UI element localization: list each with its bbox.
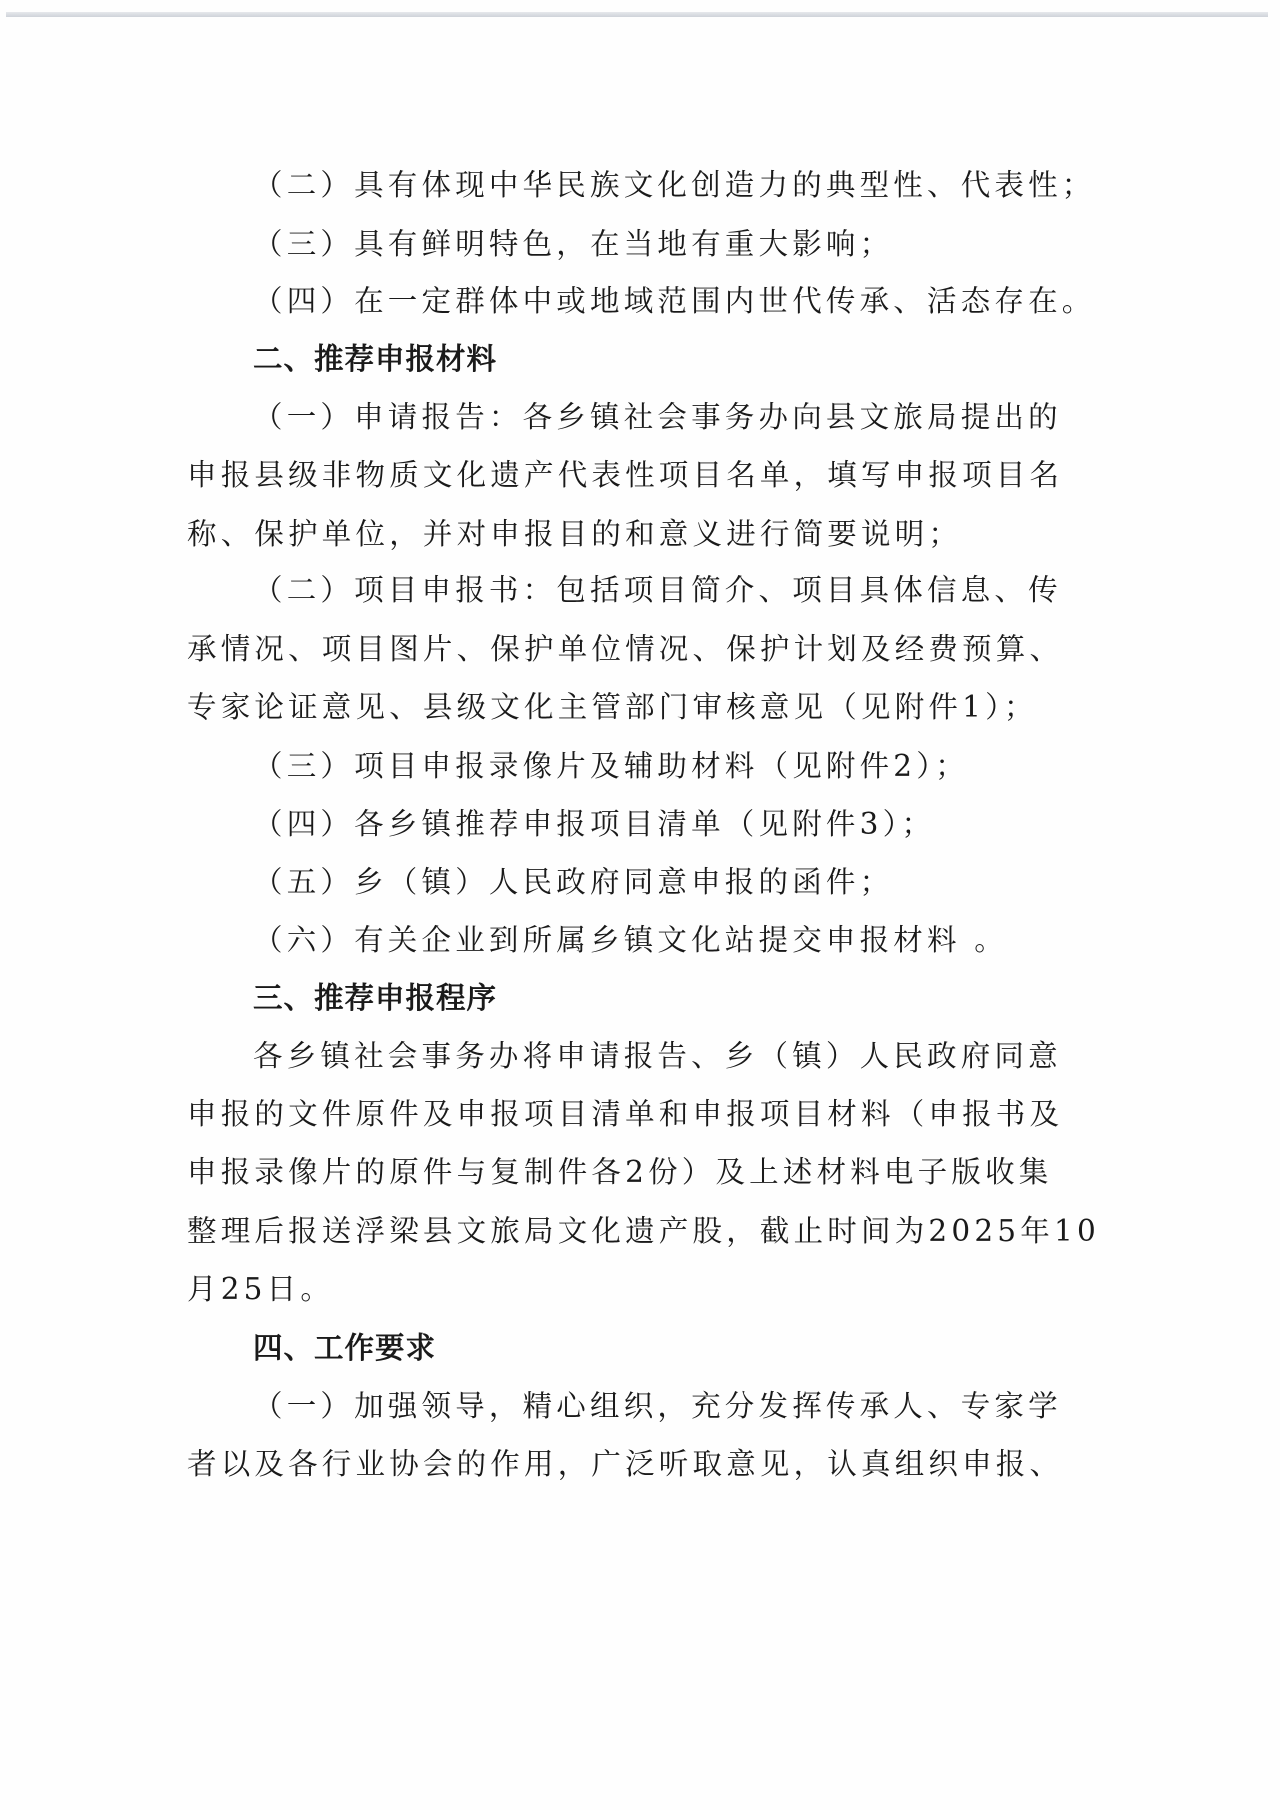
doc-line-procedure-cont-b: 申报录像片的原件与复制件各2份）及上述材料电子版收集 [187,1152,1087,1192]
bleed-through-title [200,420,850,592]
doc-line-material-4: （四）各乡镇推荐申报项目清单（见附件3）； [253,804,1153,844]
doc-line-criterion-4: （四）在一定群体中或地域范围内世代传承、活态存在。 [253,281,1153,321]
doc-line-procedure-cont-c: 整理后报送浮梁县文旅局文化遗产股，截止时间为2025年10 [187,1211,1087,1251]
doc-line-procedure-cont-a: 申报的文件原件及申报项目清单和申报项目材料（申报书及 [187,1094,1087,1134]
doc-line-material-1-cont-b: 称、保护单位，并对申报目的和意义进行简要说明； [187,514,1087,554]
section-heading-procedure: 三、推荐申报程序 [253,978,1153,1018]
document-page: （二）具有体现中华民族文化创造力的典型性、代表性； （三）具有鲜明特色，在当地有… [0,0,1280,1810]
doc-line-material-2: （二）项目申报书：包括项目简介、项目具体信息、传 [253,570,1153,610]
section-heading-materials: 二、推荐申报材料 [253,339,1153,379]
doc-line-criterion-3: （三）具有鲜明特色，在当地有重大影响； [253,224,1153,264]
doc-line-material-1: （一）申请报告：各乡镇社会事务办向县文旅局提出的 [253,397,1153,437]
doc-line-procedure: 各乡镇社会事务办将申请报告、乡（镇）人民政府同意 [253,1036,1153,1076]
scan-edge-rule [6,12,1268,17]
doc-line-material-3: （三）项目申报录像片及辅助材料（见附件2）； [253,746,1153,786]
doc-line-material-1-cont-a: 申报县级非物质文化遗产代表性项目名单，填写申报项目名 [187,455,1087,495]
doc-line-material-2-cont-b: 专家论证意见、县级文化主管部门审核意见（见附件1）； [187,687,1087,727]
doc-line-criterion-2: （二）具有体现中华民族文化创造力的典型性、代表性； [253,165,1153,205]
doc-line-requirement-1: （一）加强领导，精心组织，充分发挥传承人、专家学 [253,1386,1153,1426]
doc-line-material-2-cont-a: 承情况、项目图片、保护单位情况、保护计划及经费预算、 [187,629,1087,669]
doc-line-requirement-1-cont: 者以及各行业协会的作用，广泛听取意见，认真组织申报、 [187,1444,1087,1484]
doc-line-procedure-cont-d: 月25日。 [187,1269,1087,1309]
doc-line-material-5: （五）乡（镇）人民政府同意申报的函件； [253,862,1153,902]
section-heading-requirements: 四、工作要求 [253,1328,1153,1368]
doc-line-material-6: （六）有关企业到所属乡镇文化站提交申报材料 。 [253,920,1153,960]
